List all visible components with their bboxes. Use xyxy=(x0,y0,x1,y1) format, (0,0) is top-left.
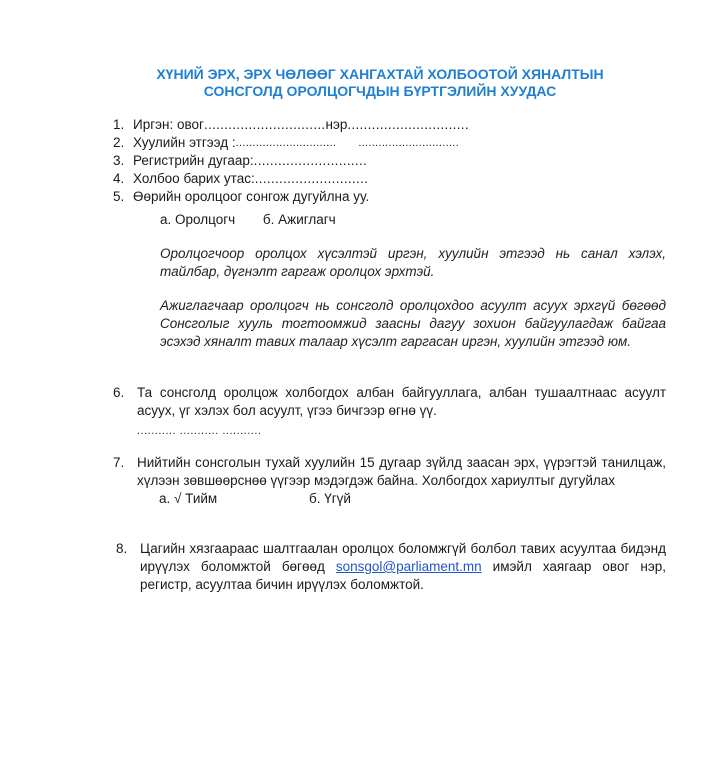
acknowledgement-options: а. √ Тийм б. Үгүй xyxy=(159,490,666,508)
option-observer[interactable]: б. Ажиглагч xyxy=(263,212,336,227)
item-number: 6. xyxy=(113,384,137,440)
questions-blank[interactable]: ........... ........... ........... xyxy=(137,422,666,440)
option-yes[interactable]: а. √ Тийм xyxy=(159,490,309,508)
field-label-legal-entity: Хуулийн этгээд : xyxy=(133,134,236,152)
field-number: 1. xyxy=(113,116,133,134)
field-label-registry: Регистрийн дугаар: xyxy=(133,152,254,170)
title-line-1: ХҮНИЙ ЭРХ, ЭРХ ЧӨЛӨӨГ ХАНГАХТАЙ ХОЛБООТО… xyxy=(100,66,660,83)
option-no[interactable]: б. Үгүй xyxy=(309,490,351,508)
participation-options: а. Оролцогч б. Ажиглагч xyxy=(160,211,336,229)
field-legal-entity: 2. Хуулийн этгээд : ....................… xyxy=(113,134,469,152)
legal-entity-blank-1[interactable]: .............................. xyxy=(236,134,337,152)
surname-blank[interactable]: .............................. xyxy=(204,116,326,134)
item-questions: 6. Та сонсголд оролцож холбогдох албан б… xyxy=(113,384,666,440)
field-number: 5. xyxy=(113,188,133,206)
field-label-surname: Иргэн: овог xyxy=(133,116,204,134)
item-number: 8. xyxy=(116,540,140,594)
item-email-submission: 8. Цагийн хязгаараас шалтгаалан оролцох … xyxy=(116,540,666,594)
email-link[interactable]: sonsgol@parliament.mn xyxy=(336,559,482,574)
field-label-phone: Холбоо барих утас: xyxy=(133,170,255,188)
participant-description: Оролцогчоор оролцох хүсэлтэй иргэн, хуул… xyxy=(160,245,666,281)
field-number: 3. xyxy=(113,152,133,170)
field-list: 1. Иргэн: овог .........................… xyxy=(113,116,469,206)
item-rights-acknowledgement: 7. Нийтийн сонсголын тухай хуулийн 15 ду… xyxy=(113,454,666,508)
title-line-2: СОНСГОЛД ОРОЛЦОГЧДЫН БҮРТГЭЛИЙН ХУУДАС xyxy=(100,83,660,100)
item-rights-text: Нийтийн сонсголын тухай хуулийн 15 дугаа… xyxy=(137,455,666,488)
registration-form-page: ХҮНИЙ ЭРХ, ЭРХ ЧӨЛӨӨГ ХАНГАХТАЙ ХОЛБООТО… xyxy=(0,0,714,782)
document-title: ХҮНИЙ ЭРХ, ЭРХ ЧӨЛӨӨГ ХАНГАХТАЙ ХОЛБООТО… xyxy=(100,66,660,100)
field-phone: 4. Холбоо барих утас: ..................… xyxy=(113,170,469,188)
field-number: 4. xyxy=(113,170,133,188)
observer-description: Ажиглагчаар оролцогч нь сонсголд оролцох… xyxy=(160,297,666,351)
item-number: 7. xyxy=(113,454,137,508)
name-blank[interactable]: .............................. xyxy=(347,116,469,134)
field-registry-number: 3. Регистрийн дугаар: ..................… xyxy=(113,152,469,170)
field-label-participation: Өөрийн оролцоог сонгож дугуйлна уу. xyxy=(133,188,369,206)
field-citizen-name: 1. Иргэн: овог .........................… xyxy=(113,116,469,134)
field-participation-choice: 5. Өөрийн оролцоог сонгож дугуйлна уу. xyxy=(113,188,469,206)
phone-blank[interactable]: ............................ xyxy=(255,170,368,188)
registry-blank[interactable]: ............................ xyxy=(254,152,367,170)
field-number: 2. xyxy=(113,134,133,152)
option-participant[interactable]: а. Оролцогч xyxy=(160,212,235,227)
item-questions-text: Та сонсголд оролцож холбогдох албан байг… xyxy=(137,385,666,418)
field-label-name: нэр xyxy=(325,116,347,134)
spacer xyxy=(336,134,358,152)
legal-entity-blank-2[interactable]: .............................. xyxy=(358,134,459,152)
